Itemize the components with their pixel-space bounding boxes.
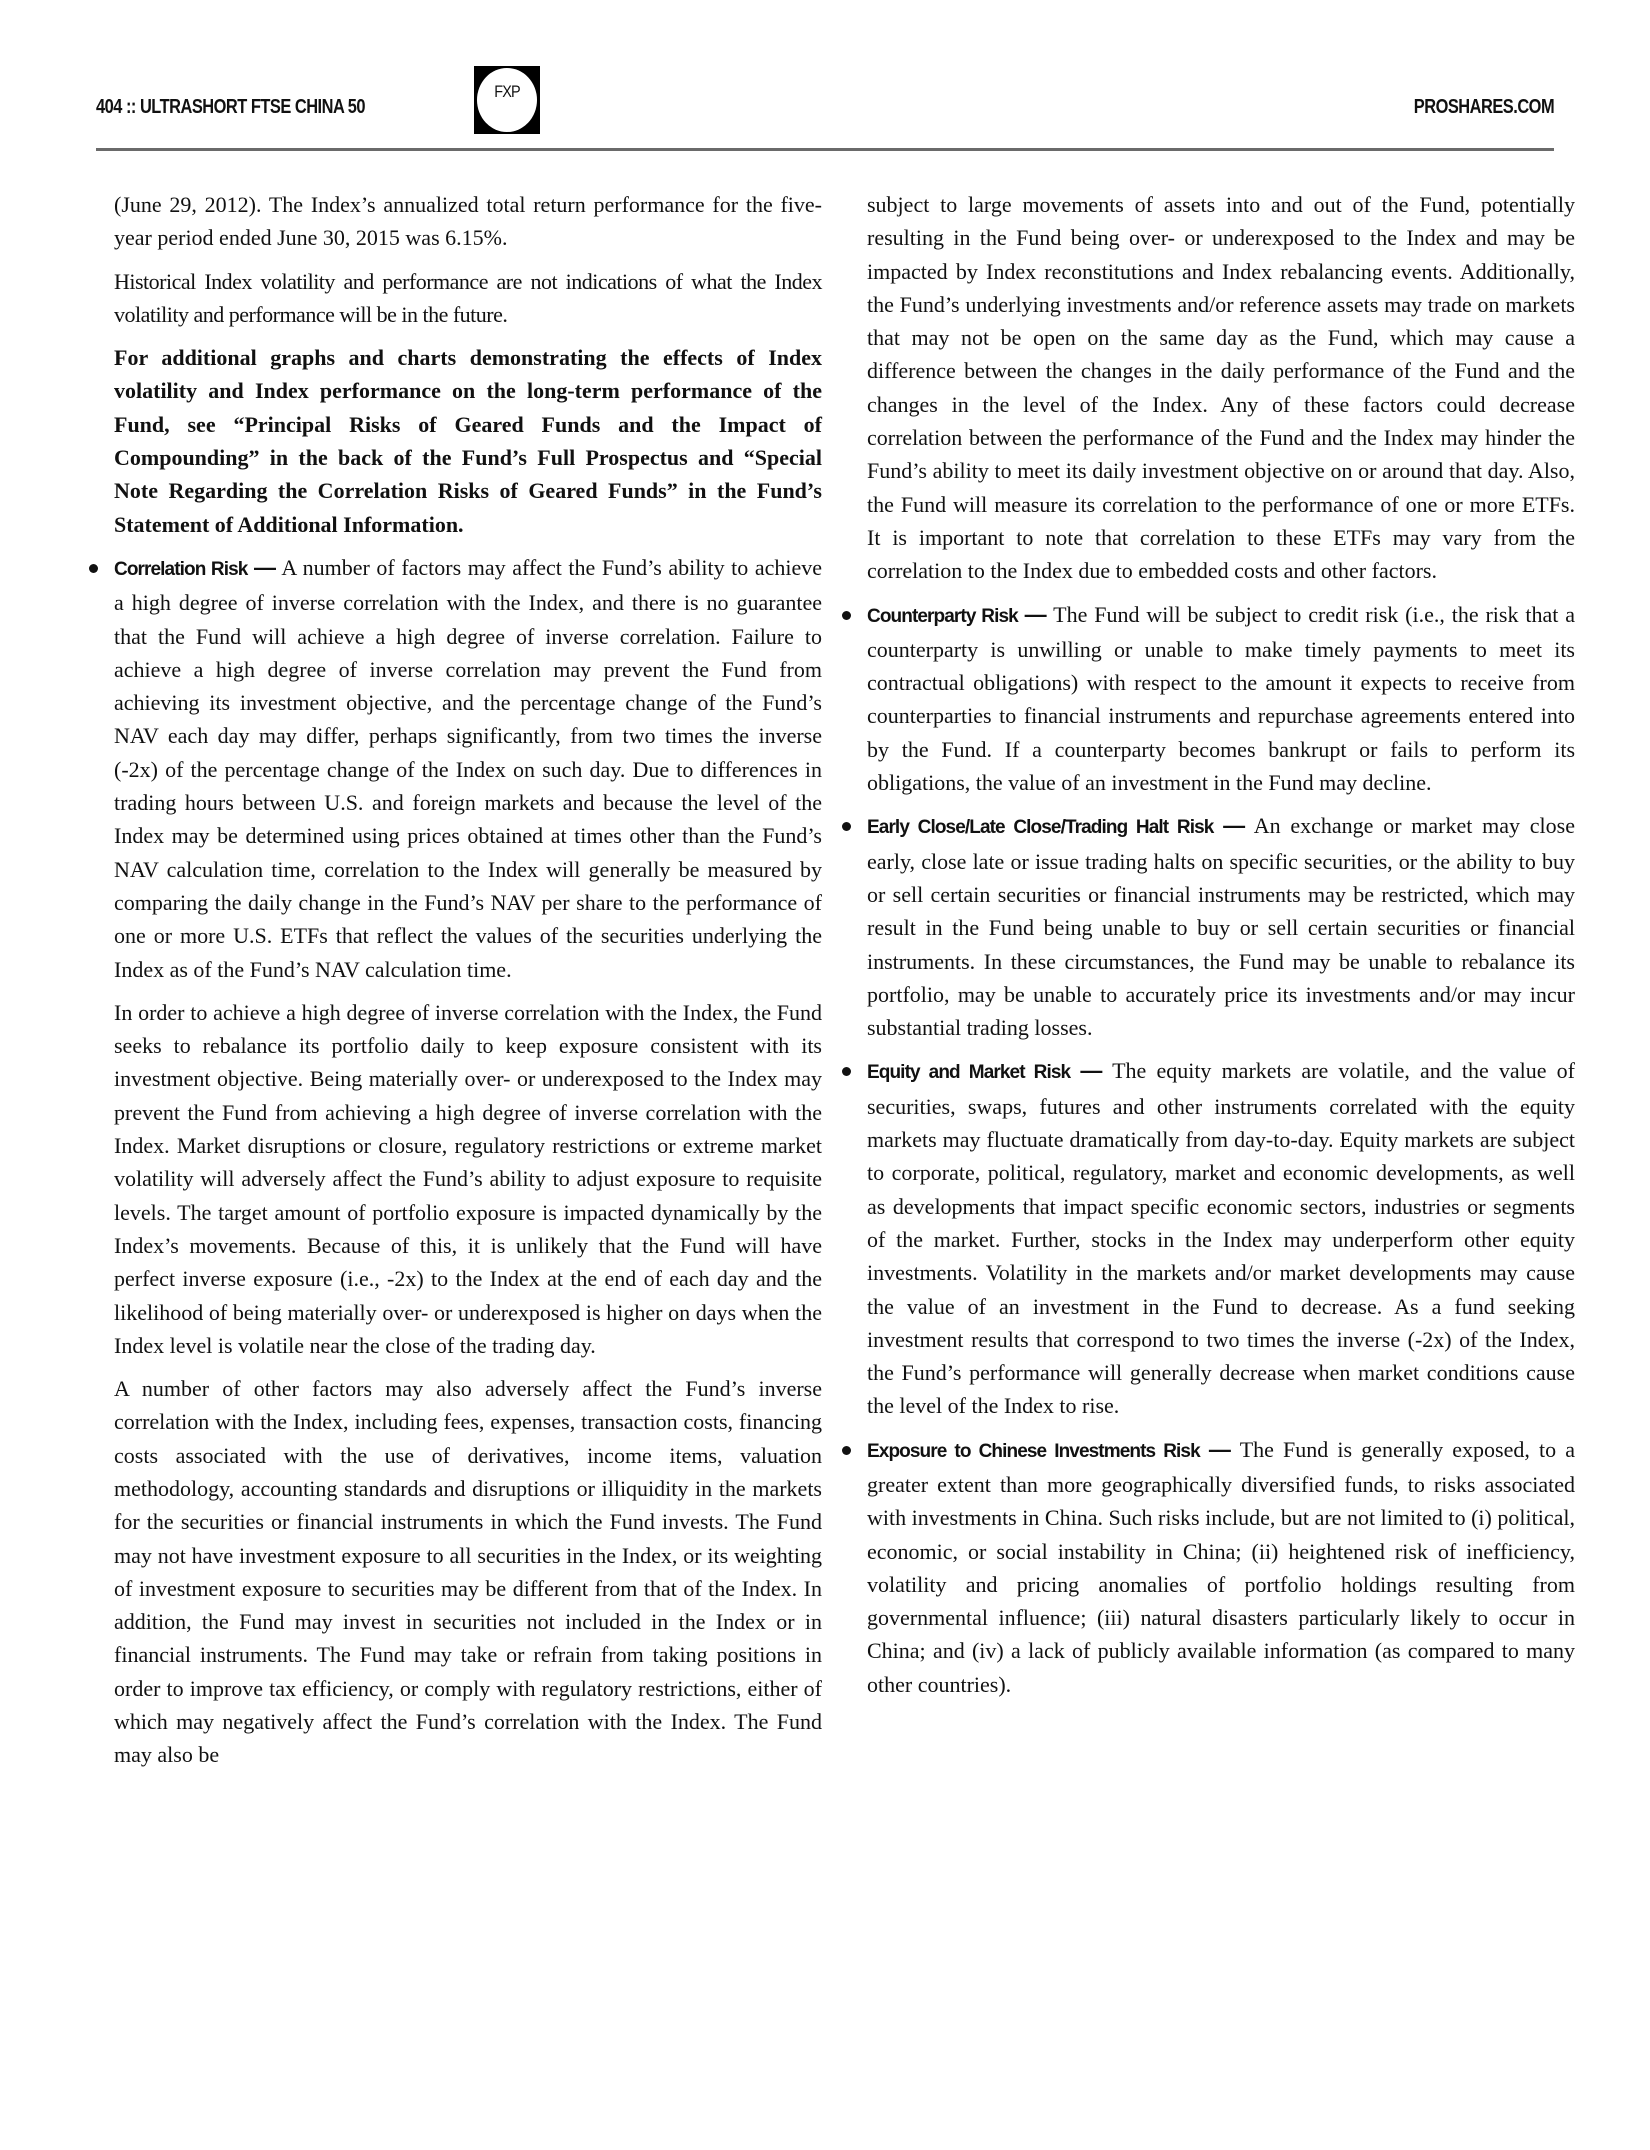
em-dash: —: [1223, 813, 1245, 838]
bullet-icon: [842, 822, 851, 831]
header-title: 404 :: ULTRASHORT FTSE CHINA 50: [96, 96, 365, 119]
bullet-icon: [842, 1067, 851, 1076]
ticker-logo: FXP: [474, 66, 540, 134]
header-divider: [96, 148, 1554, 151]
page-header: 404 :: ULTRASHORT FTSE CHINA 50 FXP PROS…: [0, 0, 1650, 160]
risk-text: An exchange or market may close early, c…: [867, 813, 1575, 1040]
risk-item-equity-market: Equity and Market Risk — The equity mark…: [867, 1054, 1575, 1422]
risk-title: Correlation Risk: [114, 559, 247, 580]
em-dash: —: [1080, 1058, 1102, 1083]
risk-item-counterparty: Counterparty Risk — The Fund will be sub…: [867, 598, 1575, 800]
risk-item-correlation: Correlation Risk — A number of factors m…: [114, 551, 822, 986]
em-dash: —: [1209, 1437, 1231, 1462]
risk-title: Exposure to Chinese Investments Risk: [867, 1441, 1200, 1462]
em-dash: —: [1025, 602, 1047, 627]
risk-title: Counterparty Risk: [867, 606, 1018, 627]
historical-note: Historical Index volatility and performa…: [114, 265, 822, 332]
risk-item-chinese-investments: Exposure to Chinese Investments Risk — T…: [867, 1433, 1575, 1701]
risk-title: Equity and Market Risk: [867, 1062, 1070, 1083]
bullet-icon: [842, 1446, 851, 1455]
risk-text: The Fund is generally exposed, to a grea…: [867, 1437, 1575, 1697]
left-column: (June 29, 2012). The Index’s annualized …: [114, 188, 822, 1782]
continuation-paragraph: subject to large movements of assets int…: [867, 188, 1575, 588]
risk-item-early-close: Early Close/Late Close/Trading Halt Risk…: [867, 809, 1575, 1044]
correlation-paragraph-2: In order to achieve a high degree of inv…: [114, 996, 822, 1362]
ticker-logo-circle: FXP: [477, 68, 537, 132]
risk-text: The Fund will be subject to credit risk …: [867, 602, 1575, 795]
intro-paragraph: (June 29, 2012). The Index’s annualized …: [114, 188, 822, 255]
em-dash: —: [254, 555, 276, 580]
correlation-paragraph-3: A number of other factors may also adver…: [114, 1372, 822, 1772]
risk-title: Early Close/Late Close/Trading Halt Risk: [867, 817, 1213, 838]
site-link[interactable]: PROSHARES.COM: [1414, 96, 1554, 119]
bullet-icon: [842, 611, 851, 620]
right-column: subject to large movements of assets int…: [867, 188, 1575, 1711]
additional-info-note: For additional graphs and charts demonst…: [114, 341, 822, 541]
risk-text: The equity markets are volatile, and the…: [867, 1058, 1575, 1418]
bullet-icon: [89, 564, 98, 573]
risk-text: A number of factors may affect the Fund’…: [114, 555, 822, 982]
ticker-symbol: FXP: [494, 82, 520, 102]
